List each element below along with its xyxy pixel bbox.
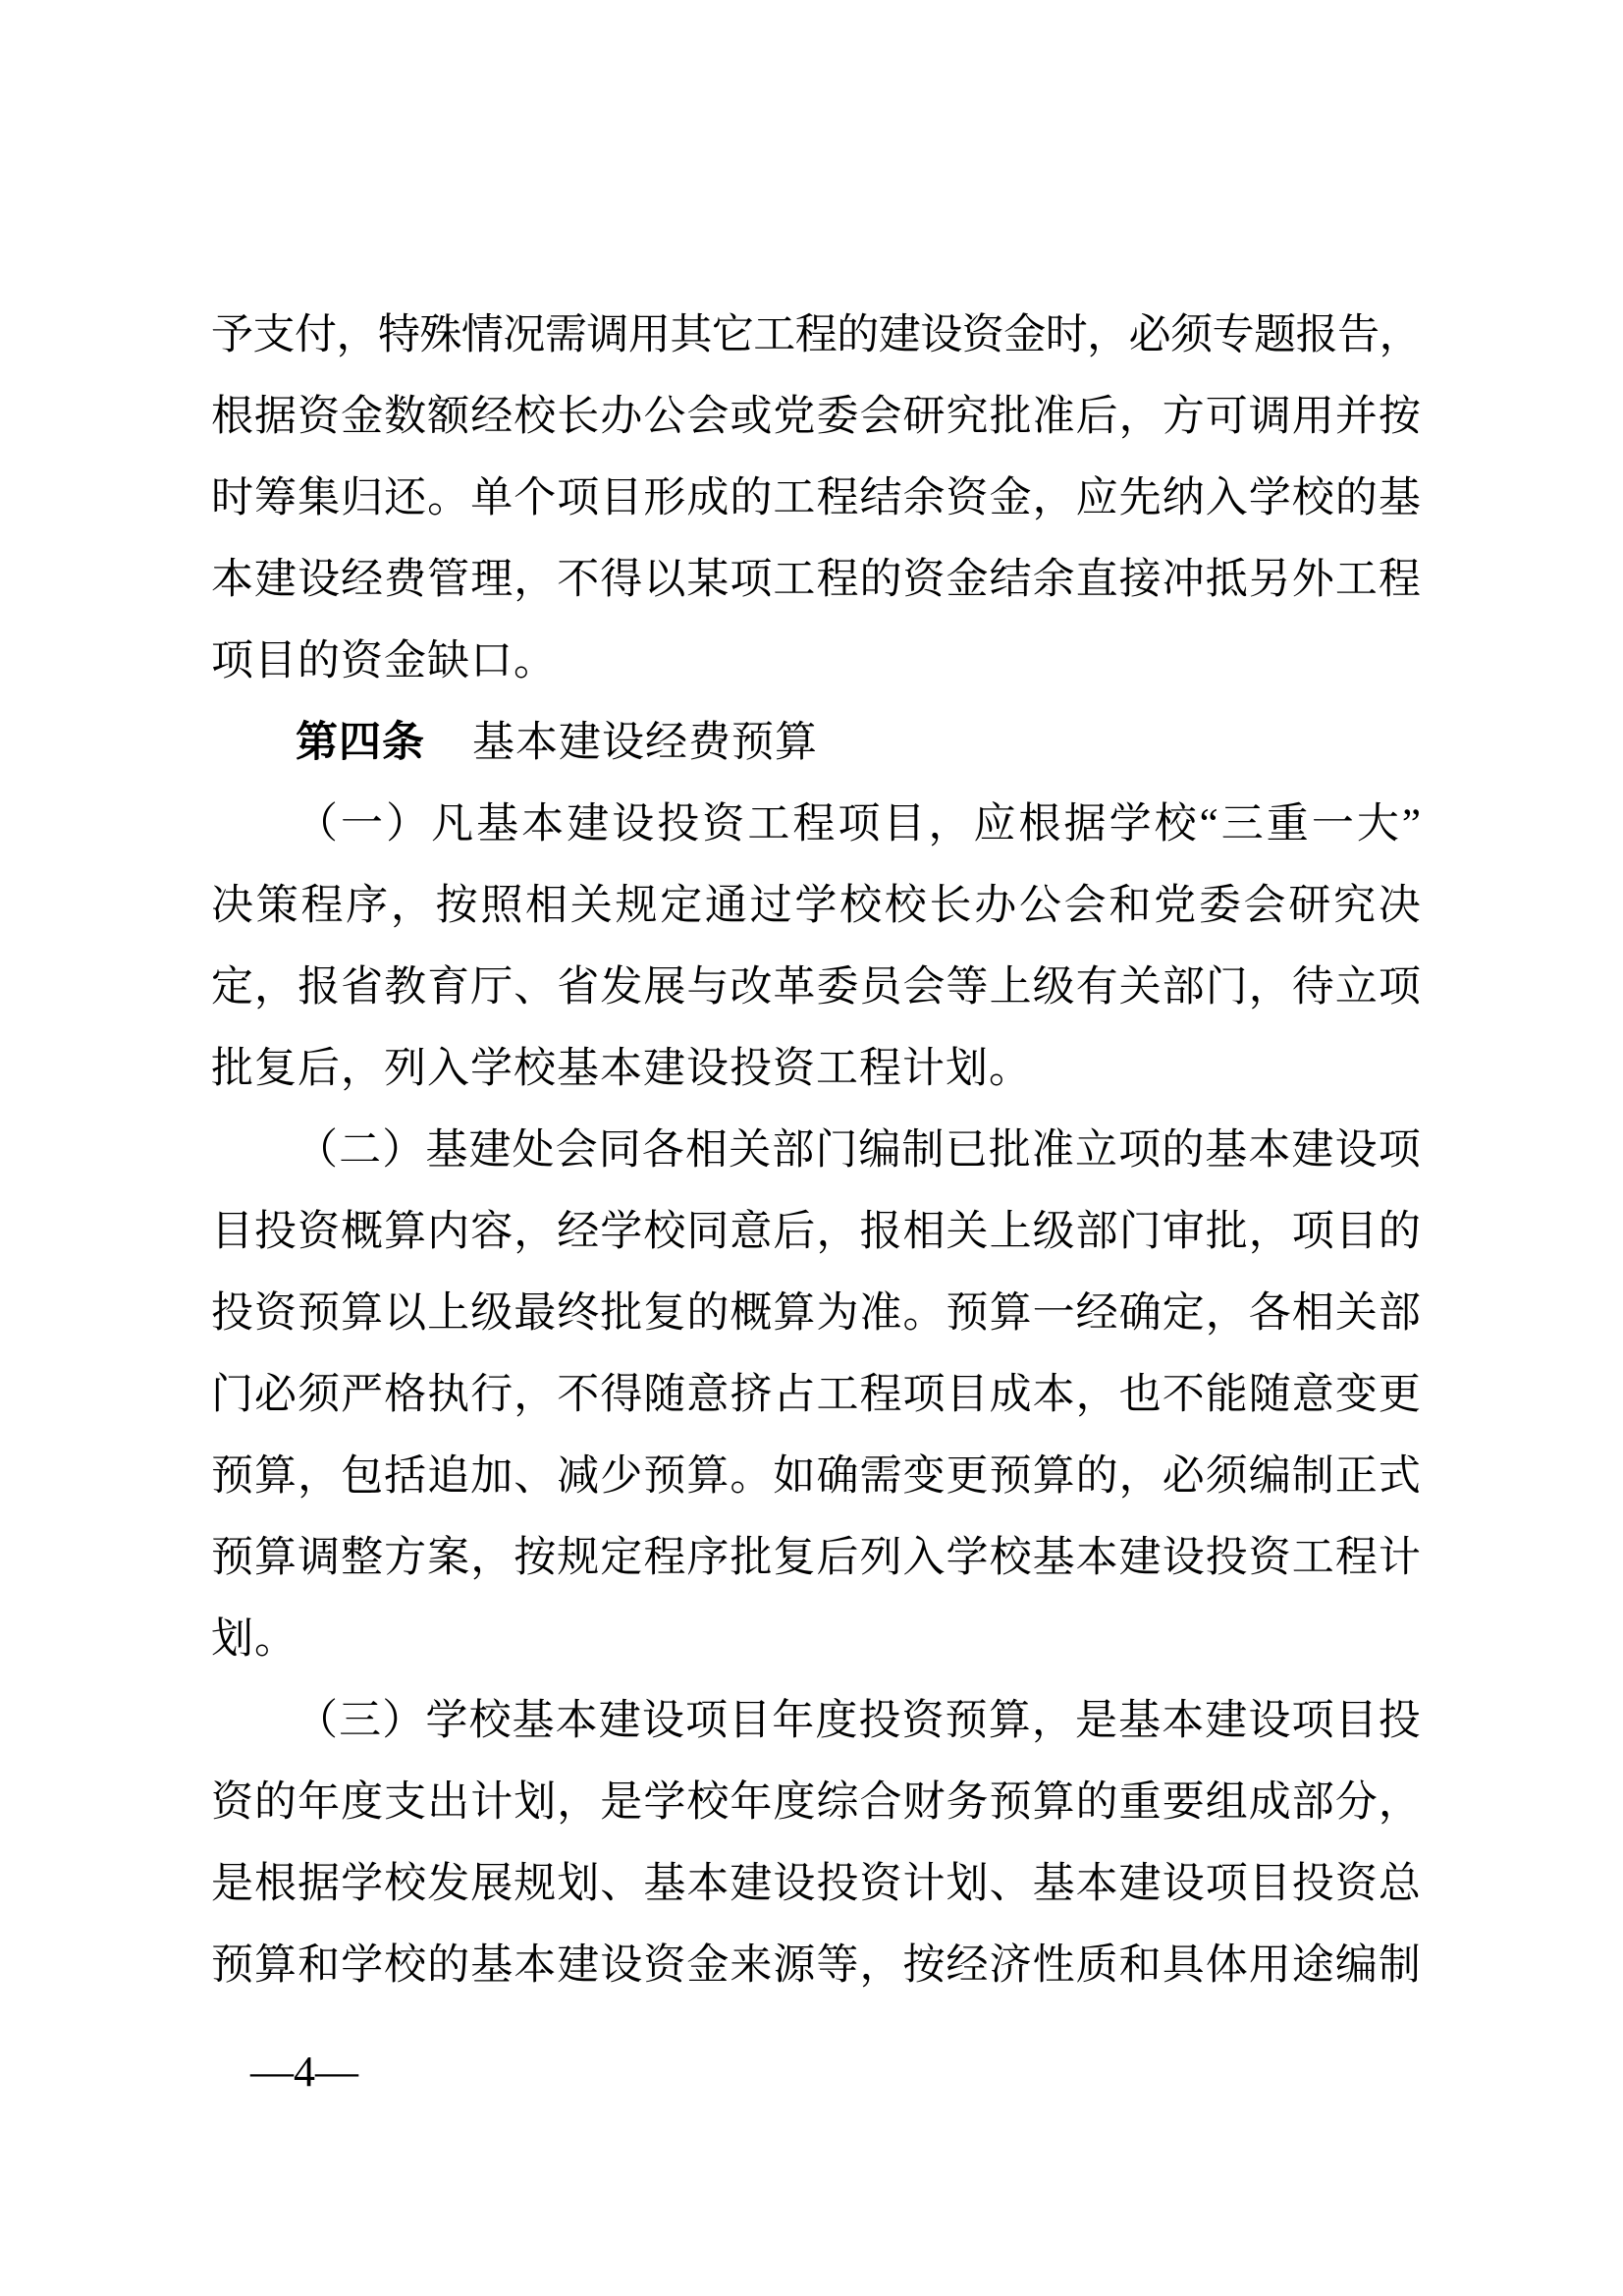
text-line: 目投资概算内容，经学校同意后，报相关上级部门审批，项目的: [211, 1191, 1421, 1273]
text-line: 预算，包括追加、减少预算。如确需变更预算的，必须编制正式: [211, 1436, 1421, 1517]
text-line: 门必须严格执行，不得随意挤占工程项目成本，也不能随意变更: [211, 1354, 1421, 1436]
text-line: 予支付，特殊情况需调用其它工程的建设资金时，必须专题报告，: [211, 295, 1421, 376]
text-line: 定，报省教育厅、省发展与改革委员会等上级有关部门，待立项: [211, 947, 1421, 1028]
text-line-content: 划。: [211, 1616, 298, 1663]
text-line: （一）凡基本建设投资工程项目，应根据学校“三重一大”: [211, 784, 1421, 865]
text-line: 资的年度支出计划，是学校年度综合财务预算的重要组成部分，: [211, 1762, 1421, 1843]
text-line: 预算和学校的基本建设资金来源等，按经济性质和具体用途编制: [211, 1925, 1421, 2006]
section-heading: 第四条基本建设经费预算: [211, 702, 1421, 784]
text-line: 批复后，列入学校基本建设投资工程计划。: [211, 1028, 1421, 1110]
text-line: 投资预算以上级最终批复的概算为准。预算一经确定，各相关部: [211, 1273, 1421, 1354]
section-heading-number: 第四条: [296, 719, 425, 766]
section-heading-title: 基本建设经费预算: [472, 720, 818, 766]
text-line: 划。: [211, 1599, 1421, 1680]
text-line-content: 项目的资金缺口。: [211, 638, 557, 684]
document-page: 予支付，特殊情况需调用其它工程的建设资金时，必须专题报告，根据资金数额经校长办公…: [0, 0, 1623, 2296]
text-line: （三）学校基本建设项目年度投资预算，是基本建设项目投: [211, 1680, 1421, 1762]
text-line: （二）基建处会同各相关部门编制已批准立项的基本建设项: [211, 1110, 1421, 1191]
text-line: 预算调整方案，按规定程序批复后列入学校基本建设投资工程计: [211, 1517, 1421, 1599]
text-line-content: 批复后，列入学校基本建设投资工程计划。: [211, 1046, 1032, 1092]
text-line: 项目的资金缺口。: [211, 621, 1421, 702]
document-text: 予支付，特殊情况需调用其它工程的建设资金时，必须专题报告，根据资金数额经校长办公…: [211, 295, 1421, 2006]
text-line: 根据资金数额经校长办公会或党委会研究批准后，方可调用并按: [211, 376, 1421, 458]
text-line: 是根据学校发展规划、基本建设投资计划、基本建设项目投资总: [211, 1843, 1421, 1925]
text-line: 决策程序，按照相关规定通过学校校长办公会和党委会研究决: [211, 865, 1421, 947]
page-number-footer: —4—: [250, 2045, 358, 2100]
text-line: 时筹集归还。单个项目形成的工程结余资金，应先纳入学校的基: [211, 458, 1421, 539]
text-line: 本建设经费管理，不得以某项工程的资金结余直接冲抵另外工程: [211, 539, 1421, 621]
